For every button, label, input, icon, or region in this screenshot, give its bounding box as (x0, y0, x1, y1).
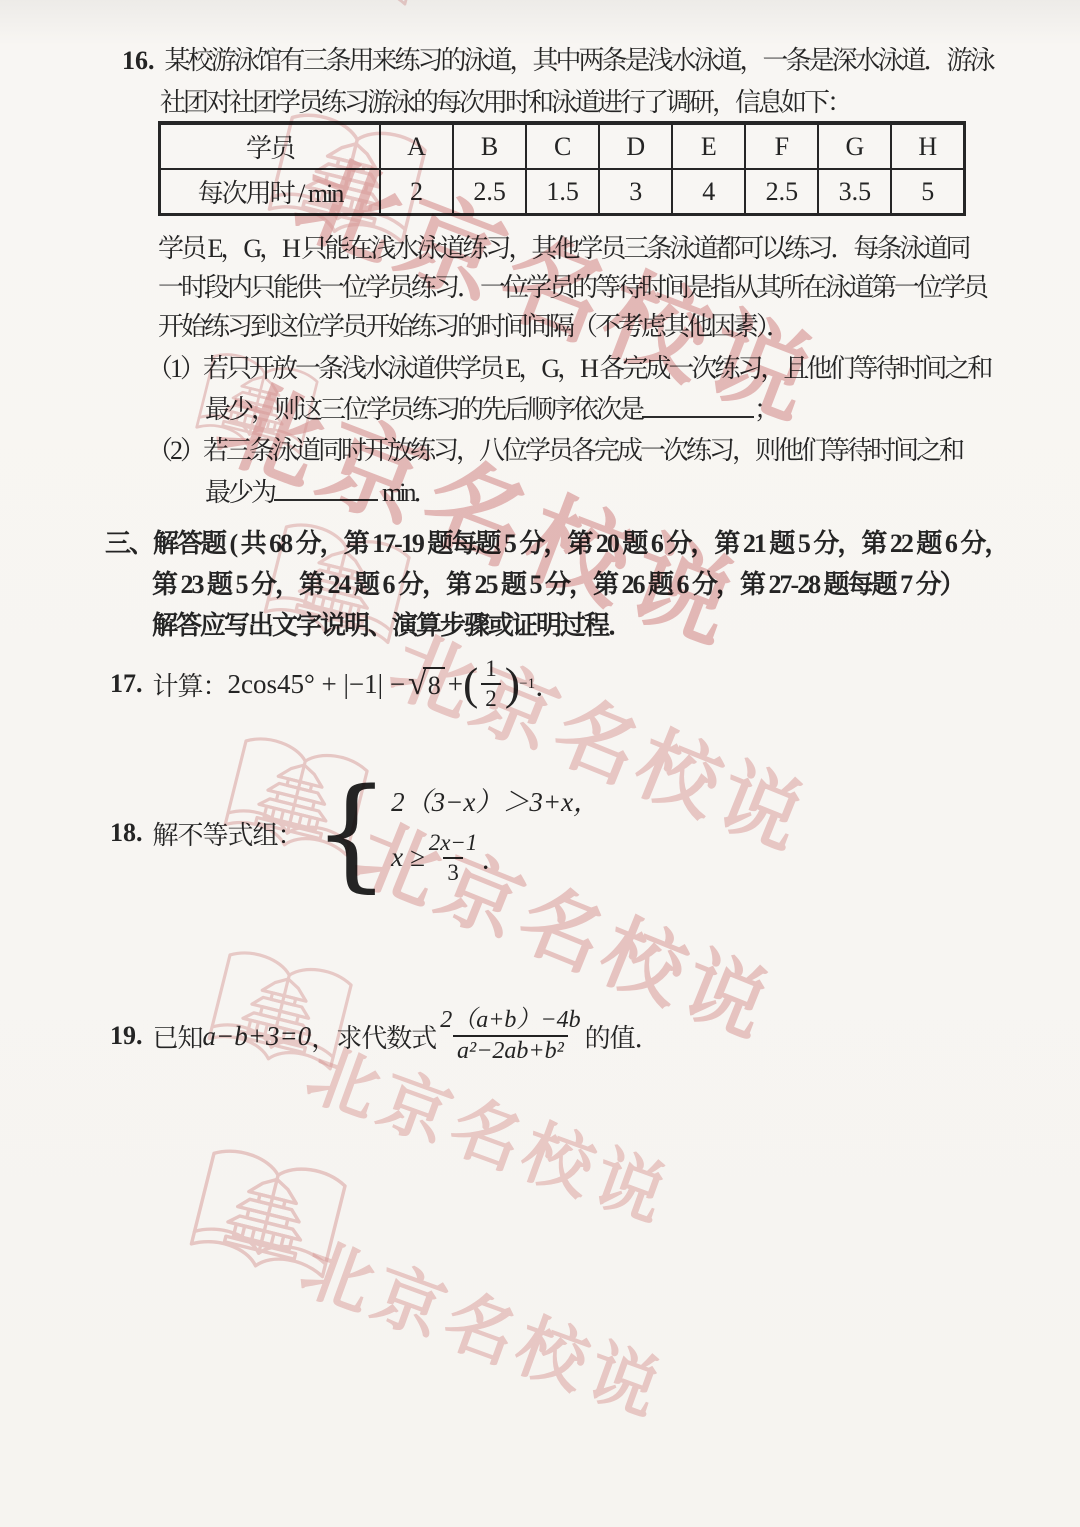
fraction-denominator: 2 (481, 683, 501, 713)
q18-end-mark: ． (481, 838, 508, 877)
header-cell: G (818, 123, 891, 169)
q16-item2-line1: （2）若三条泳道同时开放练习，八位学员各完成一次练习，则他们等待时间之和 (147, 430, 962, 467)
q19-line: 19. 已知 a−b+3=0 ，求代数式 2（a+b）−4b a²−2ab+b²… (110, 998, 660, 1074)
q18-line: 18. 解不等式组： { 2（3−x）＞3+x， x ≥ 2x−1 3 ． (110, 768, 600, 898)
q16-paragraph-line1: 学员 E，G，H 只能在浅水泳道练习，其他学员三条泳道都可以练习．每条泳道同 (158, 228, 968, 265)
value-cell: 5 (891, 169, 964, 215)
value-cell: 3.5 (818, 169, 891, 215)
q19-number: 19. (110, 1021, 143, 1051)
q16-text-line2: 社团对社团学员练习游泳的每次用时和泳道进行了调研，信息如下： (160, 88, 850, 117)
q16-paragraph-line2: 一时段内只能供一位学员练习．一位学员的等待时间是指从其所在泳道第一位学员 (158, 267, 986, 304)
inequality-system: 2（3−x）＞3+x， x ≥ 2x−1 3 ． (391, 780, 600, 886)
exponent: −1 (519, 676, 535, 693)
value-cell: 4 (672, 169, 745, 215)
header-cell: A (380, 123, 453, 169)
fraction-denominator: 3 (443, 857, 463, 887)
header-cell: F (745, 123, 818, 169)
fraction-numerator: 2x−1 (429, 829, 478, 857)
fraction-numerator: 2（a+b）−4b (440, 1006, 580, 1035)
q17-expression-prefix: 2cos45° + |−1| − (228, 669, 406, 700)
q19-label-pre: 已知 (153, 1018, 203, 1055)
radicand: 8 (423, 667, 445, 701)
open-paren: ( (463, 661, 477, 707)
q16-item1-line2-end: ； (754, 395, 777, 424)
q19-given-equation: a−b+3=0 (203, 1021, 312, 1052)
q17-expression-mid: + (448, 669, 463, 700)
q19-label-end: 的值． (585, 1018, 660, 1055)
section3-line3: 解答应写出文字说明、演算步骤或证明过程． (152, 605, 632, 642)
q17-expression-end: ． (535, 665, 562, 704)
answer-blank (642, 390, 754, 418)
q16-text-line1: 某校游泳馆有三条用来练习的泳道，其中两条是浅水泳道，一条是深水泳道．游泳 (165, 46, 993, 75)
swim-time-table: 学员 A B C D E F G H 每次用时 / min 2 2.5 1.5 … (158, 121, 966, 216)
q17-line: 17. 计算： 2cos45° + |−1| − √ 8 + ( 1 2 ) −… (110, 648, 562, 720)
q16-item2-line2-text: 最少为 (205, 478, 274, 507)
table-value-row: 每次用时 / min 2 2.5 1.5 3 4 2.5 3.5 5 (160, 169, 965, 215)
table-header-row: 学员 A B C D E F G H (160, 123, 965, 169)
value-cell: 2 (380, 169, 453, 215)
fraction-denominator: a²−2ab+b² (453, 1035, 568, 1066)
fraction-numerator: 1 (485, 655, 497, 683)
header-cell: C (526, 123, 599, 169)
q19-label-mid: ，求代数式 (311, 1018, 436, 1055)
system-brace: { (313, 772, 390, 894)
header-cell: 学员 (160, 123, 381, 169)
q17-label: 计算： (153, 666, 228, 703)
q16-paragraph-line3: 开始练习到这位学员开始练习的时间间隔（不考虑其他因素）． (158, 306, 789, 343)
header-cell: B (453, 123, 526, 169)
q16-item1-line2: 最少，则这三位学员练习的先后顺序依次是； (205, 389, 777, 426)
inequality-2: x ≥ 2x−1 3 ． (391, 829, 600, 886)
row-label-cell: 每次用时 / min (160, 169, 381, 215)
value-cell: 1.5 (526, 169, 599, 215)
q18-label: 解不等式组： (153, 815, 303, 852)
answer-blank (274, 473, 378, 501)
value-cell: 2.5 (453, 169, 526, 215)
value-cell: 3 (599, 169, 672, 215)
header-cell: D (599, 123, 672, 169)
exam-content: 16.某校游泳馆有三条用来练习的泳道，其中两条是浅水泳道，一条是深水泳道．游泳 … (0, 0, 1080, 1527)
q16-item2-line2: 最少为min． (205, 472, 436, 509)
close-paren: ) (505, 661, 519, 707)
inequality-1: 2（3−x）＞3+x， (391, 780, 600, 819)
header-cell: H (891, 123, 964, 169)
q16-line2: 社团对社团学员练习游泳的每次用时和泳道进行了调研，信息如下： (160, 82, 850, 119)
q16-item1-line1: （1）若只开放一条浅水泳道供学员 E，G，H 各完成一次练习，且他们等待时间之和 (147, 348, 990, 385)
fraction-one-half: 1 2 (481, 655, 501, 712)
inequality-2-prefix: x ≥ (391, 842, 425, 873)
q18-number: 18. (110, 818, 143, 848)
value-cell: 2.5 (745, 169, 818, 215)
algebraic-fraction: 2（a+b）−4b a²−2ab+b² (440, 1006, 580, 1066)
q16-item2-line2-end: min． (382, 478, 436, 507)
q17-number: 17. (110, 669, 143, 699)
fraction-2x-1-over-3: 2x−1 3 (429, 829, 478, 886)
section3-line2: 第 23 题 5 分，第 24 题 6 分，第 25 题 5 分，第 26 题 … (152, 564, 964, 601)
q16-item1-line2-text: 最少，则这三位学员练习的先后顺序依次是 (205, 395, 642, 424)
exam-page: 16.某校游泳馆有三条用来练习的泳道，其中两条是浅水泳道，一条是深水泳道．游泳 … (0, 0, 1080, 1527)
q16-number: 16. (122, 46, 155, 75)
section3-line1: 三、解答题 ( 共 68 分，第 17-19 题每题 5 分，第 20 题 6 … (105, 523, 1008, 560)
header-cell: E (672, 123, 745, 169)
q16-line1: 16.某校游泳馆有三条用来练习的泳道，其中两条是浅水泳道，一条是深水泳道．游泳 (122, 40, 993, 77)
square-root: √ 8 (408, 667, 445, 701)
